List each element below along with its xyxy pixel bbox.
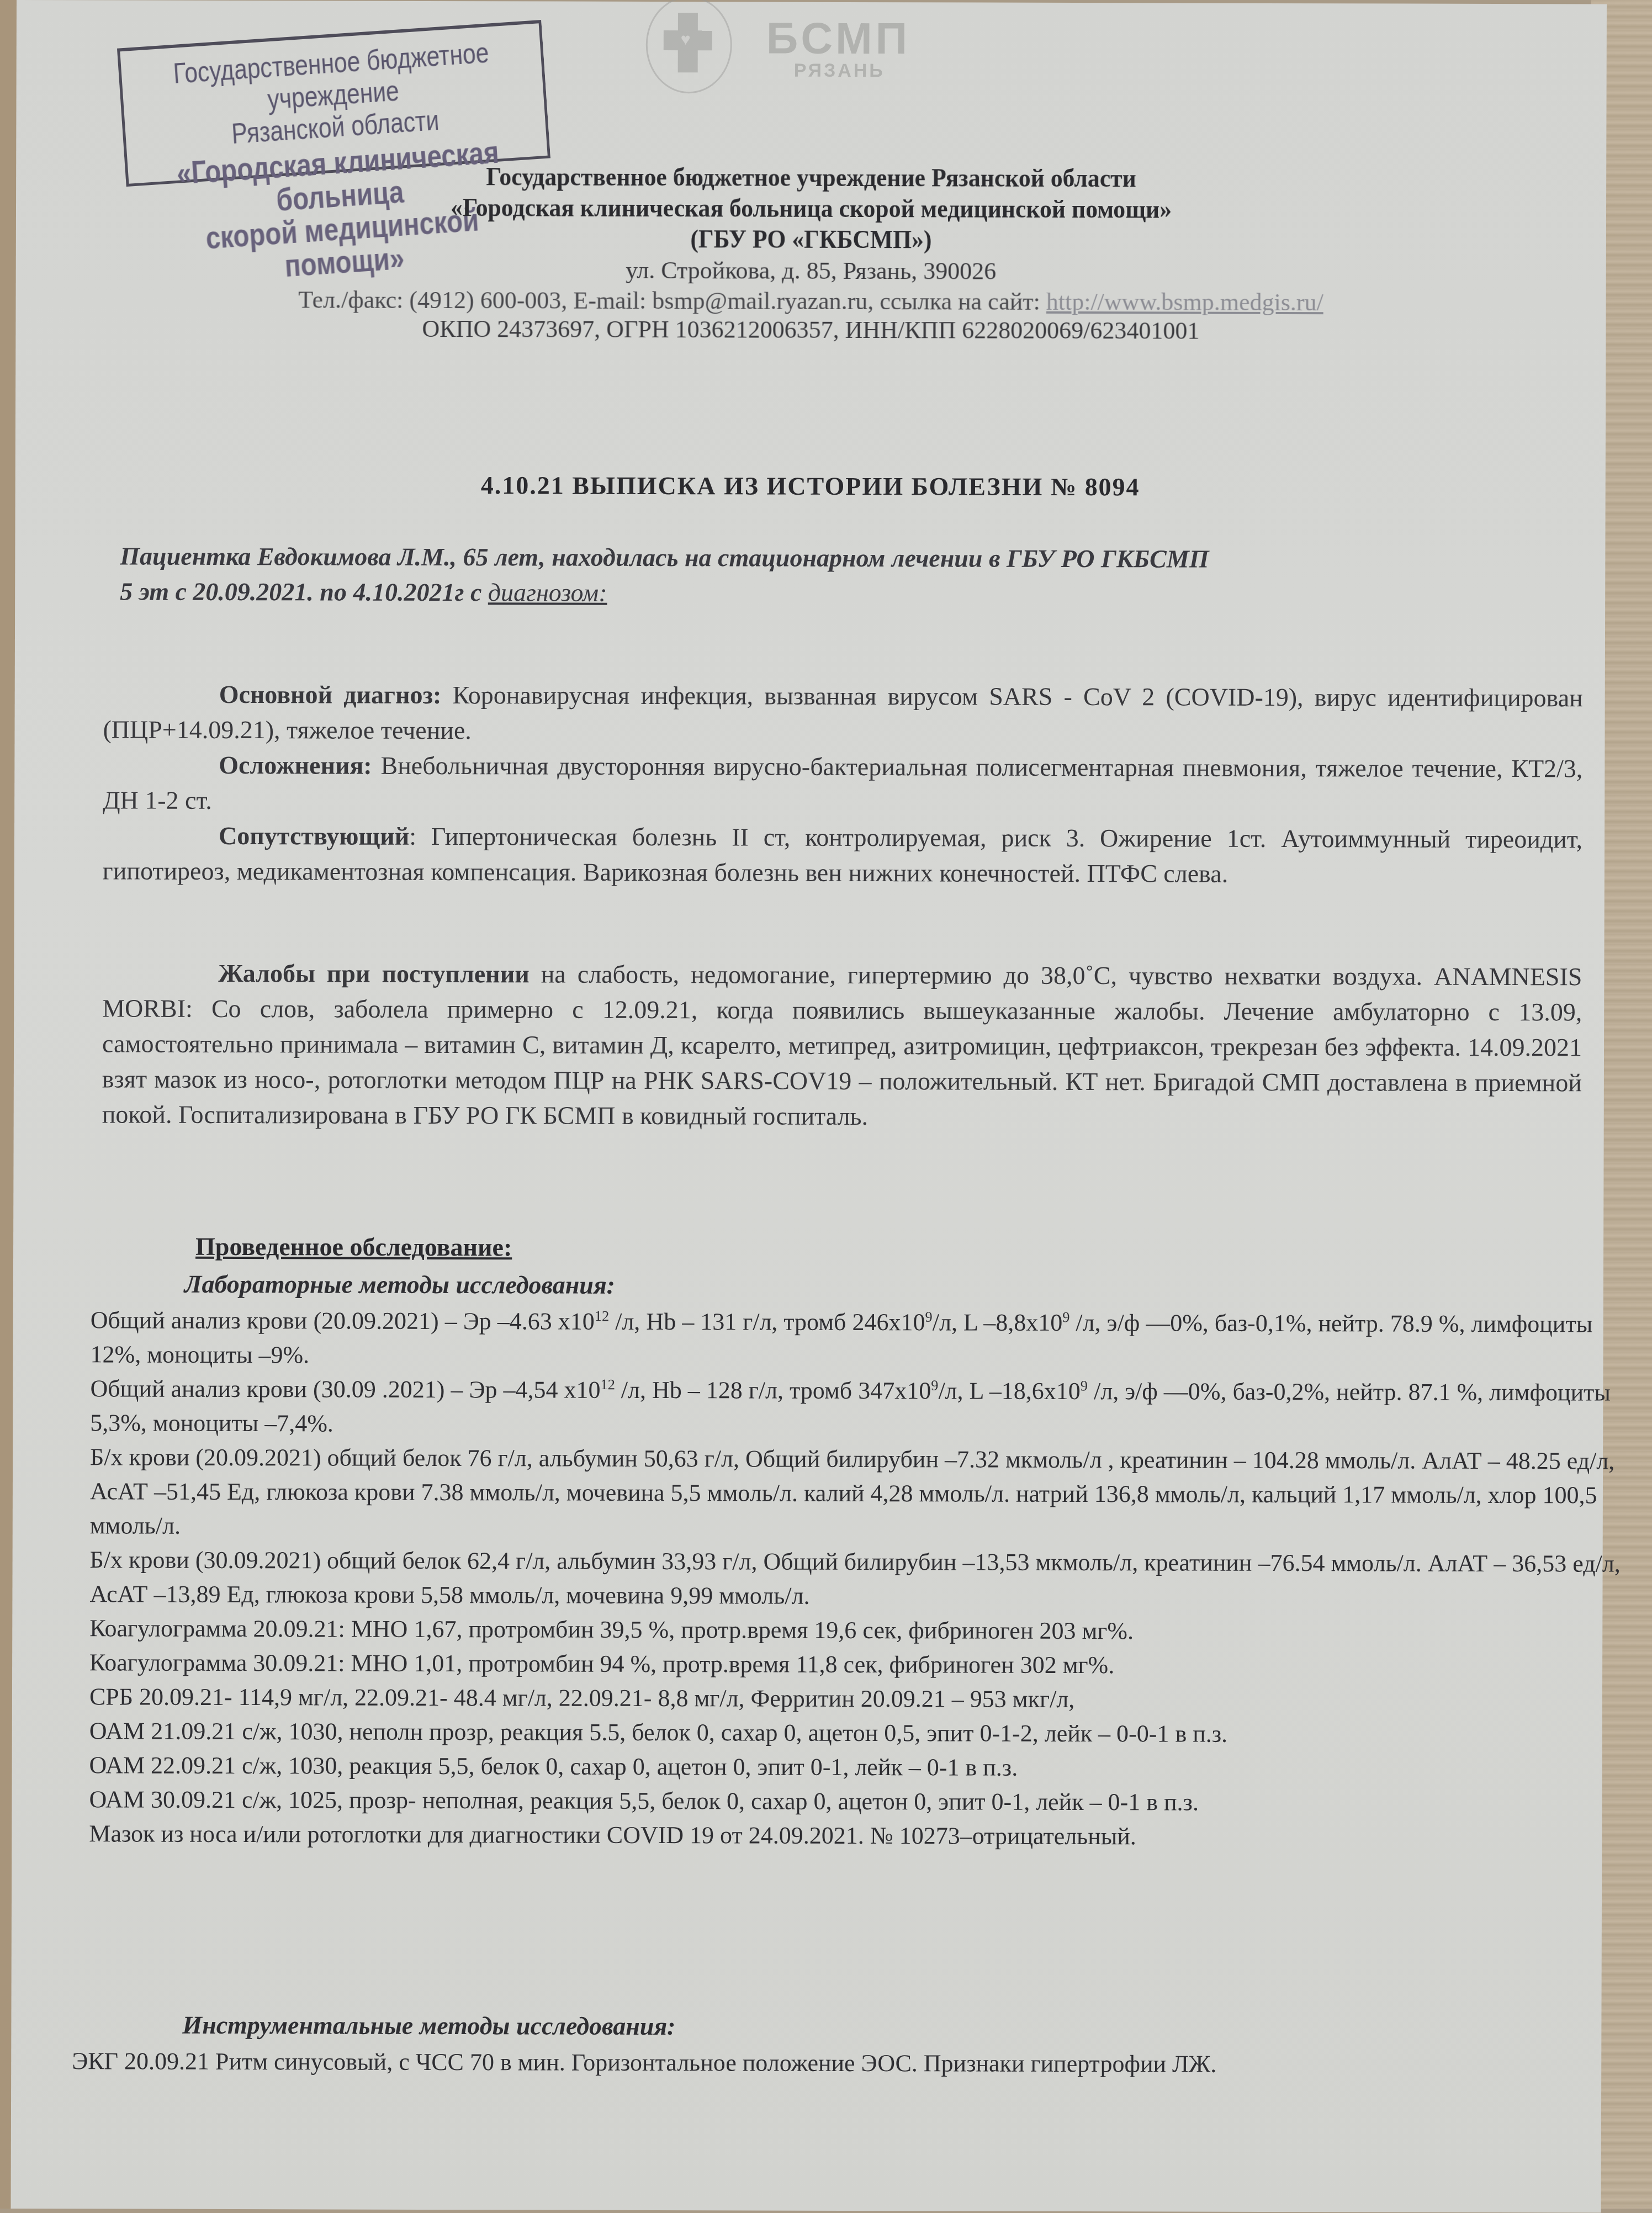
main-diagnosis: Основной диагноз: Коронавирусная инфекци… xyxy=(103,676,1582,751)
instrumental-methods-title: Инструментальные методы исследования: xyxy=(182,2010,675,2041)
main-diagnosis-label: Основной диагноз: xyxy=(219,680,442,709)
letterhead-ids: ОКПО 24373697, ОГРН 1036212006357, ИНН/К… xyxy=(15,314,1606,347)
urine-result: ОАМ 30.09.21 с/ж, 1025, прозр- неполная,… xyxy=(89,1782,1624,1820)
concomitant-label: Сопутствующий xyxy=(219,822,409,850)
letterhead-abbr: (ГБУ РО «ГКБСМП») xyxy=(56,222,1566,257)
instrumental-results: ЭКГ 20.09.21 Ритм синусовый, с ЧСС 70 в … xyxy=(72,2044,1607,2082)
patient-intro: Пациентка Евдокимова Л.М., 65 лет, наход… xyxy=(120,538,1555,613)
concomitant: Сопутствующий: Гипертоническая болезнь I… xyxy=(103,818,1582,892)
complaints: Жалобы при поступлении на слабость, недо… xyxy=(102,955,1582,1136)
cbc-result: Общий анализ крови (30.09 .2021) – Эр –4… xyxy=(90,1372,1625,1444)
intro-line: 5 эт с 20.09.2021. по 4.10.2021г с диагн… xyxy=(120,574,1555,613)
crp-result: СРБ 20.09.21- 114,9 мг/л, 22.09.21- 48.4… xyxy=(89,1680,1624,1718)
swab-result: Мазок из носа и/или ротоглотки для диагн… xyxy=(89,1817,1624,1855)
hospital-logo: ♥ БСМП РЯЗАНЬ xyxy=(646,2,999,97)
biochem-result: Б/х крови (30.09.2021) общий белок 62,4 … xyxy=(89,1543,1624,1615)
letterhead-line: «Городская клиническая больница скорой м… xyxy=(56,191,1566,226)
ecg-result: ЭКГ 20.09.21 Ритм синусовый, с ЧСС 70 в … xyxy=(72,2044,1607,2082)
logo-city: РЯЗАНЬ xyxy=(794,60,885,82)
contacts-text: Тел./факс: (4912) 600-003, E-mail: bsmp@… xyxy=(298,286,1046,315)
document-title: 4.10.21 ВЫПИСКА ИЗ ИСТОРИИ БОЛЕЗНИ № 809… xyxy=(15,469,1606,503)
letterhead: Государственное бюджетное учреждение Ряз… xyxy=(15,160,1606,347)
complications: Осложнения: Внебольничная двусторонняя в… xyxy=(103,747,1582,822)
complaints-label: Жалобы при поступлении xyxy=(218,959,529,988)
document-page: Государственное бюджетное учреждение Ряз… xyxy=(11,0,1607,2209)
examination-title: Проведенное обследование: xyxy=(195,1232,512,1262)
cbc-result: Общий анализ крови (20.09.2021) – Эр –4.… xyxy=(90,1303,1625,1375)
letterhead-address: ул. Стройкова, д. 85, Рязань, 390026 xyxy=(16,253,1606,289)
letterhead-contacts: Тел./факс: (4912) 600-003, E-mail: bsmp@… xyxy=(16,285,1606,318)
lab-results: Общий анализ крови (20.09.2021) – Эр –4.… xyxy=(89,1303,1625,1855)
complications-label: Осложнения: xyxy=(219,751,372,780)
coagulogram-result: Коагулограмма 30.09.21: МНО 1,01, протро… xyxy=(89,1645,1624,1683)
intro-line: Пациентка Евдокимова Л.М., 65 лет, наход… xyxy=(120,538,1555,578)
intro-diagnosis-label: диагнозом: xyxy=(488,578,607,607)
logo-brand: БСМП xyxy=(766,13,911,65)
intro-text: 5 эт с 20.09.2021. по 4.10.2021г с xyxy=(120,577,488,606)
website-link[interactable]: http://www.bsmp.medgis.ru/ xyxy=(1046,288,1323,316)
coagulogram-result: Коагулограмма 20.09.21: МНО 1,67, протро… xyxy=(89,1611,1624,1649)
biochem-result: Б/х крови (20.09.2021) общий белок 76 г/… xyxy=(90,1440,1625,1547)
letterhead-line: Государственное бюджетное учреждение Ряз… xyxy=(56,160,1566,195)
urine-result: ОАМ 22.09.21 с/ж, 1030, реакция 5,5, бел… xyxy=(89,1748,1624,1786)
urine-result: ОАМ 21.09.21 с/ж, 1030, неполн прозр, ре… xyxy=(89,1714,1624,1752)
heart-icon: ♥ xyxy=(681,31,691,48)
lab-methods-title: Лабораторные методы исследования: xyxy=(184,1269,615,1300)
